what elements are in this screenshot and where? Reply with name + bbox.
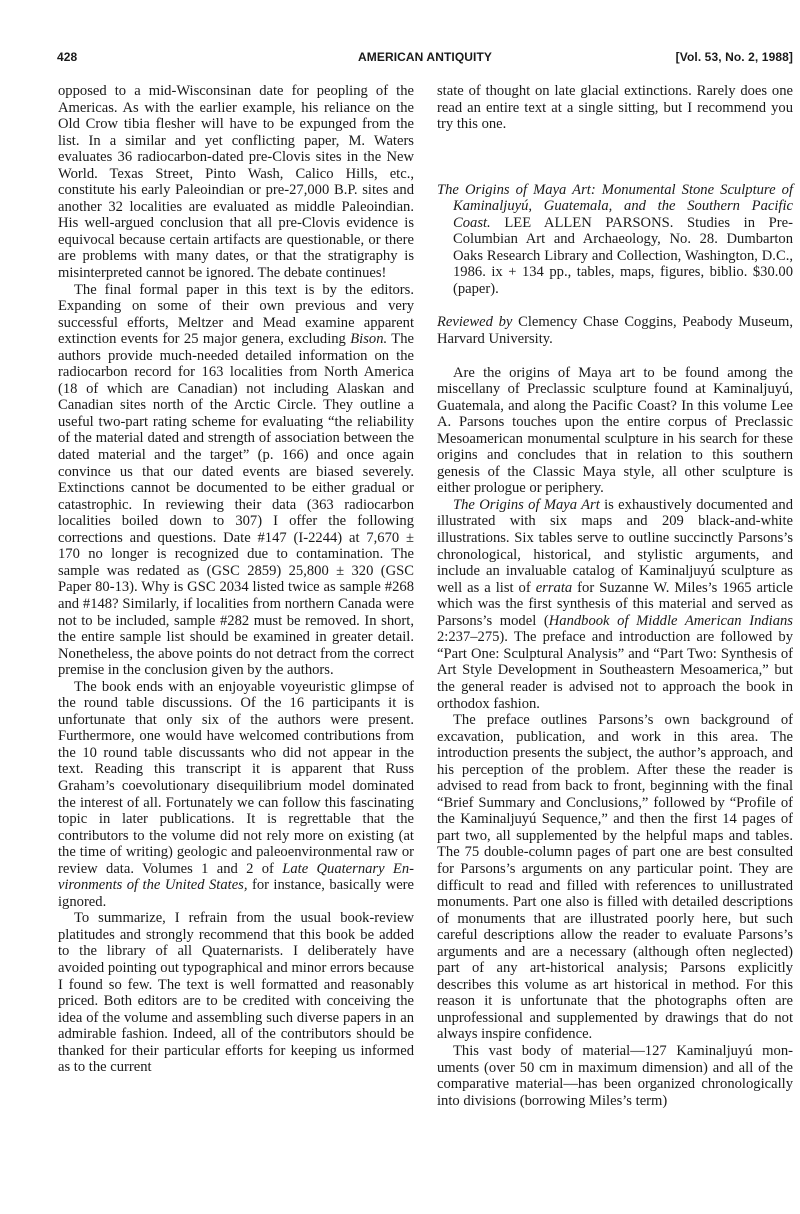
reviewer-line: Reviewed by Clemency Chase Coggins, Peab…: [437, 314, 793, 347]
paragraph-text: state of thought on late glacial extinct…: [437, 83, 793, 132]
italic-taxon: Bison.: [350, 331, 387, 347]
italic-term: errata: [536, 580, 572, 596]
paragraph-text: Are the origins of Maya art to be found …: [437, 365, 793, 497]
paragraph-text: The authors provide much-needed detailed…: [58, 331, 414, 678]
paragraph: Are the origins of Maya art to be found …: [437, 365, 793, 497]
paragraph-text: 2:237–275). The preface and introduction…: [437, 629, 793, 711]
paragraph: This vast body of material—127 Kaminalju…: [437, 1043, 793, 1109]
paragraph-text: To summarize, I refrain from the usual b…: [58, 910, 414, 1075]
paragraph: The Origins of Maya Art is exhaustively …: [437, 497, 793, 712]
paragraph: To summarize, I refrain from the usual b…: [58, 910, 414, 1075]
paragraph: opposed to a mid-Wisconsinan date for pe…: [58, 83, 414, 282]
reviewer-label: Reviewed by: [437, 314, 512, 330]
paragraph: The final formal paper in this text is b…: [58, 282, 414, 679]
paragraph-continuation: state of thought on late glacial extinct…: [437, 83, 793, 133]
running-head: 428 AMERICAN ANTIQUITY [Vol. 53, No. 2, …: [57, 50, 793, 66]
book-citation: The Origins of Maya Art: Monumental Ston…: [437, 182, 793, 298]
paragraph-text: opposed to a mid-Wisconsinan date for pe…: [58, 83, 414, 281]
paragraph-text: This vast body of material—127 Kaminalju…: [437, 1043, 793, 1109]
italic-book-title: The Origins of Maya Art: [453, 497, 600, 513]
paragraph-text: The preface outlines Parsons’s own backg…: [437, 712, 793, 1042]
right-column: state of thought on late glacial extinct…: [437, 83, 793, 1109]
paragraph: The preface outlines Parsons’s own backg…: [437, 712, 793, 1043]
citation-author: LEE ALLEN PARSONS.: [504, 215, 673, 231]
paragraph-text: The book ends with an enjoyable voyeuris…: [58, 679, 414, 877]
italic-book-title: Handbook of Middle American Indians: [549, 613, 793, 629]
paragraph: The book ends with an enjoyable voyeuris…: [58, 679, 414, 911]
volume-info: [Vol. 53, No. 2, 1988]: [676, 50, 793, 64]
left-column: opposed to a mid-Wisconsinan date for pe…: [58, 83, 414, 1076]
